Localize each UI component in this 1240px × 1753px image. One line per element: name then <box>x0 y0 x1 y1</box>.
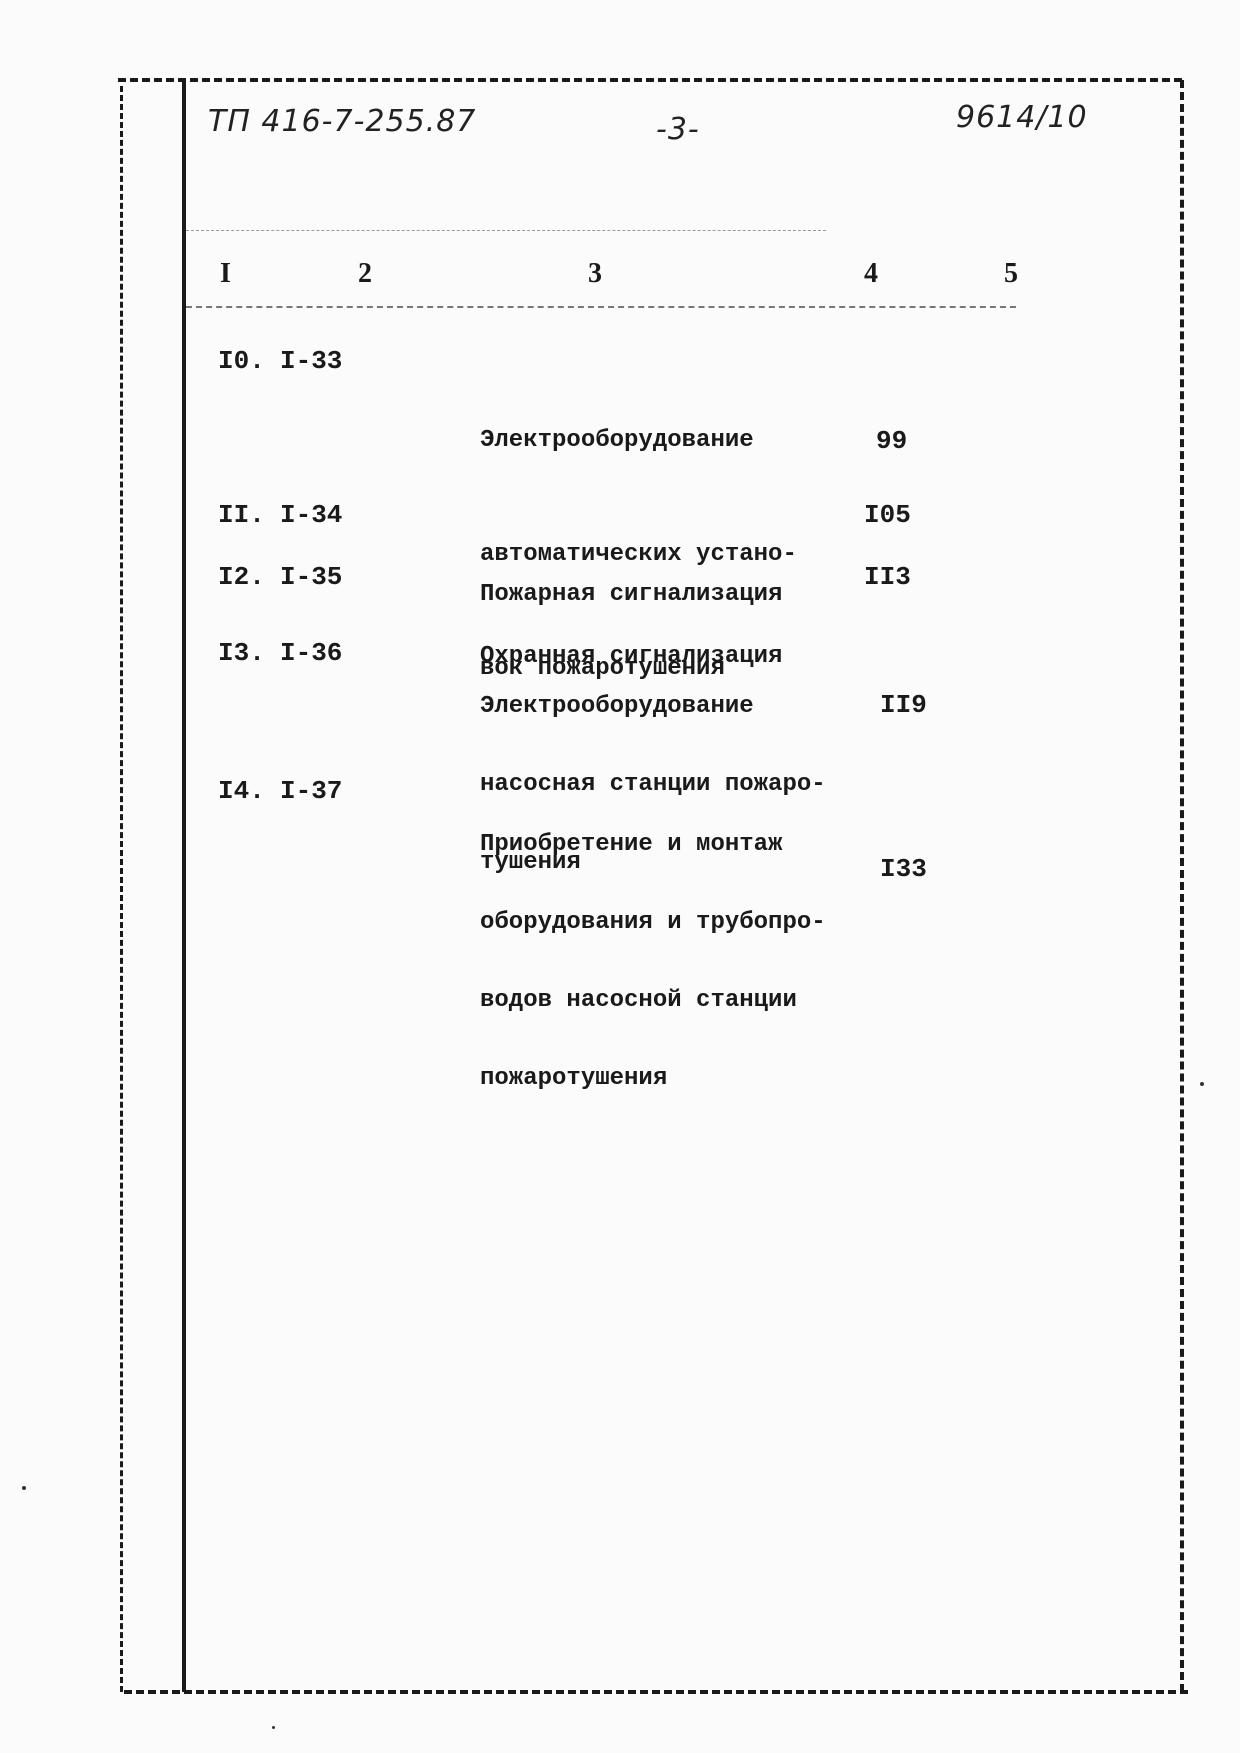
row-page: II9 <box>880 690 927 720</box>
row-number: II. <box>218 500 265 530</box>
row-title-line: пожаротушения <box>480 1066 826 1092</box>
frame-right-border <box>1180 80 1184 1692</box>
page-number: -3- <box>656 112 700 147</box>
frame-left-border <box>120 86 123 1692</box>
row-code: I-37 <box>280 776 342 806</box>
archive-number: 9614/10 <box>956 100 1088 135</box>
header-rule-top <box>186 230 826 231</box>
header-rule-bottom <box>186 306 1016 308</box>
row-code: I-35 <box>280 562 342 592</box>
row-page: I05 <box>864 500 911 530</box>
column-header-3: 3 <box>588 258 602 290</box>
row-code: I-33 <box>280 346 342 376</box>
row-number: I4. <box>218 776 265 806</box>
row-number: I3. <box>218 638 265 668</box>
column-header-5: 5 <box>1004 258 1018 290</box>
scan-speck <box>1200 1082 1204 1086</box>
row-page: II3 <box>864 562 911 592</box>
binding-margin-line <box>182 82 186 1692</box>
column-header-2: 2 <box>358 258 372 290</box>
row-page: 99 <box>876 426 907 456</box>
frame-top-border <box>118 78 1182 82</box>
row-title: Приобретение и монтаж оборудования и тру… <box>480 780 826 1144</box>
frame-bottom-border <box>124 1690 1188 1694</box>
row-code: I-36 <box>280 638 342 668</box>
row-title-line: водов насосной станции <box>480 988 826 1014</box>
row-page: I33 <box>880 854 927 884</box>
row-title-line: оборудования и трубопро- <box>480 910 826 936</box>
scan-speck <box>272 1726 275 1729</box>
document-code: ТП 416-7-255.87 <box>208 104 476 139</box>
row-number: I0. <box>218 346 265 376</box>
row-title-line: Электрооборудование <box>480 694 826 720</box>
column-header-4: 4 <box>864 258 878 290</box>
row-number: I2. <box>218 562 265 592</box>
row-title-line: Приобретение и монтаж <box>480 832 826 858</box>
row-code: I-34 <box>280 500 342 530</box>
scan-speck <box>22 1486 26 1490</box>
column-header-1: I <box>220 258 231 290</box>
row-title-line: Электрооборудование <box>480 422 797 460</box>
